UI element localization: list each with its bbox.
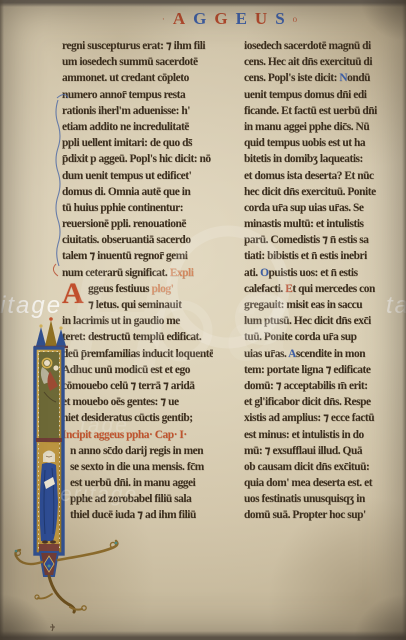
ink-mark xyxy=(50,624,55,631)
book-title-letters: AGGEUS xyxy=(173,9,286,29)
page-heading: · AGGEUS o xyxy=(150,6,310,32)
manuscript-line: etiam addito ne incredulitatē xyxy=(62,119,213,135)
text-segment: dum uenit tempus ut edificet' xyxy=(62,170,191,182)
text-segment: plog' xyxy=(152,283,174,295)
manuscript-line: cōmouebo celū ⁊ terrā ⁊ aridā xyxy=(62,378,213,394)
manuscript-line: ob causam dicit dn̄s exc̄ituū: xyxy=(244,459,399,475)
text-segment: niet desideratus cūctis gentib; xyxy=(62,412,193,424)
text-segment: uenit tempus domus dn̄i edi xyxy=(244,89,367,101)
text-segment: domus di. Omnia autē que in xyxy=(62,186,190,198)
manuscript-line: cens. Hec ait dn̄s exercituū di xyxy=(244,54,399,70)
manuscript-line: tū huius pphie continentur: xyxy=(62,200,213,216)
manuscript-line: lum ptusū. Hec dicit dn̄s exc̄i xyxy=(244,313,399,329)
watermark-text-left: ritage xyxy=(0,292,62,320)
text-segment: Adhuc unū modicū est et ego xyxy=(62,364,190,376)
text-segment: regni suscepturus erat: ⁊ ihm fili xyxy=(62,40,205,52)
manuscript-line: tuū. Ponite corda ur̄a sup xyxy=(244,329,399,345)
manuscript-line: reuersionē ppli. renouationē xyxy=(62,216,213,232)
text-segment: est uerbū dn̄i. in manu aggei xyxy=(70,477,195,489)
text-segment: ob causam dicit dn̄s exc̄ituū: xyxy=(244,461,369,473)
text-segment: in lacrimis ut in gaudio me xyxy=(62,315,180,327)
text-segment: cens. Hec ait dn̄s exercituū di xyxy=(244,56,372,68)
manuscript-line: in lacrimis ut in gaudio me xyxy=(62,313,213,329)
text-segment: domū suā. Propter hoc sup' xyxy=(244,509,366,521)
text-segment: quid tempus uobis est ut ha xyxy=(244,137,365,149)
text-segment: in manu aggei pphe dic̄s. Nū xyxy=(244,121,369,133)
manuscript-line: bitetis in domibʒ laqueatis: xyxy=(244,151,399,167)
manuscript-line: talem ⁊ inuentū regnor̄ gemi xyxy=(62,248,213,264)
text-segment: uias ur̄as. xyxy=(244,348,288,360)
text-segment: bitetis in domibʒ laqueatis: xyxy=(244,153,363,165)
text-segment: Expli xyxy=(170,267,194,279)
angel-scene xyxy=(39,352,59,440)
manuscript-line: dum uenit tempus ut edificet' xyxy=(62,168,213,184)
manuscript-line: domus di. Omnia autē que in xyxy=(62,184,213,200)
manuscript-line: Adhuc unū modicū est et ego xyxy=(62,362,213,378)
text-segment: ⁊ letus. qui seminauit xyxy=(88,299,181,311)
header-ornament-right: o xyxy=(293,14,299,24)
text-segment: quia dom' mea deserta est. et xyxy=(244,477,372,489)
manuscript-line: domū: ⁊ acceptabilis m̄ erit: xyxy=(244,378,399,394)
book-title-letter: S xyxy=(275,9,285,29)
book-title-letter: G xyxy=(193,9,207,29)
manuscript-line: rationis iherl'm aduenisse: h' xyxy=(62,103,213,119)
text-segment: xistis ad amplius: ⁊ ecce factū xyxy=(244,412,374,424)
text-segment: tū huius pphie continentur: xyxy=(62,202,183,214)
text-segment: tem: portate ligna ⁊ edificate xyxy=(244,364,370,376)
manuscript-line: ficande. Et factū est uerbū dn̄i xyxy=(244,103,399,119)
text-segment: tiati: bibistis et n̄ estis inebri xyxy=(244,250,367,262)
photo-edge-left xyxy=(0,0,4,640)
text-segment: et domus ista deserta? Et nūc xyxy=(244,170,374,182)
manuscript-line: pphe ad zorobabel filiū sala xyxy=(62,491,213,507)
text-segment: hec dicit dn̄s exercituū. Ponite xyxy=(244,186,376,198)
text-segment: Incipit aggeus ppha· Cap· I· xyxy=(62,429,187,441)
manuscript-line: n anno sc̄do darij regis in men xyxy=(62,443,213,459)
text-segment: calefacti. xyxy=(244,283,285,295)
text-segment: scendite in mon xyxy=(296,348,365,360)
manuscript-line: corda ur̄a sup uias ur̄as. Se xyxy=(244,200,399,216)
text-segment: ondū xyxy=(347,72,370,84)
manuscript-line: xistis ad amplius: ⁊ ecce factū xyxy=(244,410,399,426)
manuscript-line: p̄dixit p aggeū. Popl's hic dicit: nō xyxy=(62,151,213,167)
pen-flourish-tail xyxy=(15,541,118,612)
manuscript-line: ppli uellent imitari: de quo ds̄ xyxy=(62,135,213,151)
text-segment: lum ptusū. Hec dicit dn̄s exc̄i xyxy=(244,315,371,327)
manuscript-line: ati. Opuistis uos: et n̄ estis xyxy=(244,265,399,281)
manuscript-line: quia dom' mea deserta est. et xyxy=(244,475,399,491)
illuminated-initial-i xyxy=(35,348,63,554)
text-segment: thiel ducē iuda ⁊ ad ihm filiū xyxy=(70,509,196,521)
text-segment: gregauit: misit eas in saccu xyxy=(244,299,362,311)
text-segment: deū p̄remfamilias inducit loquentē xyxy=(62,348,213,360)
text-segment: parū. Comedistis ⁊ n̄ estis sa xyxy=(244,234,368,246)
text-segment: O xyxy=(260,267,268,279)
text-segment: ciuitatis. obseruantiā sacerdo xyxy=(62,234,191,246)
manuscript-line: in manu aggei pphe dic̄s. Nū xyxy=(244,119,399,135)
manuscript-line: tiati: bibistis et n̄ estis inebri xyxy=(244,248,399,264)
manuscript-line: minastis multū: et intulistis xyxy=(244,216,399,232)
manuscript-page: · AGGEUS o regni suscepturus erat: ⁊ ihm… xyxy=(0,0,406,640)
text-segment: uos festinatis unusquisqʒ in xyxy=(244,493,365,505)
text-segment: domū: ⁊ acceptabilis m̄ erit: xyxy=(244,380,368,392)
manuscript-line: est uerbū dn̄i. in manu aggei xyxy=(62,475,213,491)
text-segment: p̄dixit p aggeū. Popl's hic dicit: nō xyxy=(62,153,211,165)
text-segment: A xyxy=(288,348,296,360)
text-segment: reuersionē ppli. renouationē xyxy=(62,218,186,230)
manuscript-line: hec dicit dn̄s exercituū. Ponite xyxy=(244,184,399,200)
manuscript-line: et gl'ificabor dicit dn̄s. Respe xyxy=(244,394,399,410)
manuscript-line: uias ur̄as. Ascendite in mon xyxy=(244,346,399,362)
text-segment: corda ur̄a sup uias ur̄as. Se xyxy=(244,202,364,214)
manuscript-line: mū: ⁊ exsufflaui illud. Quā xyxy=(244,443,399,459)
text-column-right: iosedech sacerdotē magnū dicens. Hec ait… xyxy=(244,38,399,524)
text-segment: rationis iherl'm aduenisse: h' xyxy=(62,105,190,117)
text-segment: iosedech sacerdotē magnū di xyxy=(244,40,371,52)
text-segment: tuū. Ponite corda ur̄a sup xyxy=(244,331,356,343)
manuscript-line: tem: portate ligna ⁊ edificate xyxy=(244,362,399,378)
prophet-figure xyxy=(39,443,59,552)
text-segment: mū: ⁊ exsufflaui illud. Quā xyxy=(244,445,362,457)
manuscript-line: quid tempus uobis est ut ha xyxy=(244,135,399,151)
manuscript-line: est minus: et intulistis in do xyxy=(244,427,399,443)
text-segment: teret: destructū templū edificat. xyxy=(62,331,201,343)
manuscript-line: uenit tempus domus dn̄i edi xyxy=(244,87,399,103)
photo-edge-right xyxy=(402,0,406,640)
text-segment: est minus: et intulistis in do xyxy=(244,429,364,441)
manuscript-line: thiel ducē iuda ⁊ ad ihm filiū xyxy=(62,507,213,523)
text-segment: um iosedech summū sacerdotē xyxy=(62,56,198,68)
text-segment: puistis uos: et n̄ estis xyxy=(269,267,358,279)
book-title-letter: U xyxy=(255,9,268,29)
book-title-letter: E xyxy=(236,9,248,29)
text-segment: numero annor̄ tempus resta xyxy=(62,89,185,101)
manuscript-line: iosedech sacerdotē magnū di xyxy=(244,38,399,54)
manuscript-line: domū suā. Propter hoc sup' xyxy=(244,507,399,523)
book-title-letter: G xyxy=(214,9,228,29)
text-segment: talem ⁊ inuentū regnor̄ gemi xyxy=(62,250,188,262)
manuscript-line: teret: destructū templū edificat. xyxy=(62,329,213,345)
manuscript-line: et domus ista deserta? Et nūc xyxy=(244,168,399,184)
text-segment: pphe ad zorobabel filiū sala xyxy=(70,493,191,505)
header-ornament-left: · xyxy=(162,14,166,24)
text-segment: ficande. Et factū est uerbū dn̄i xyxy=(244,105,377,117)
manuscript-line: ciuitatis. obseruantiā sacerdo xyxy=(62,232,213,248)
text-segment: ati. xyxy=(244,267,260,279)
manuscript-line: gregauit: misit eas in saccu xyxy=(244,297,399,313)
manuscript-line: ammonet. ut credant cōpleto xyxy=(62,70,213,86)
text-segment: se sexto in die una mensis. fc̄m xyxy=(70,461,204,473)
manuscript-line: et mouebo oēs gentes: ⁊ ue xyxy=(62,394,213,410)
text-segment: minastis multū: et intulistis xyxy=(244,218,364,230)
text-segment: t qui mercedes con xyxy=(292,283,375,295)
text-segment: ppli uellent imitari: de quo ds̄ xyxy=(62,137,192,149)
manuscript-line: numero annor̄ tempus resta xyxy=(62,87,213,103)
manuscript-line: niet desideratus cūctis gentib; xyxy=(62,410,213,426)
manuscript-line: calefacti. Et qui mercedes con xyxy=(244,281,399,297)
manuscript-line: um iosedech summū sacerdotē xyxy=(62,54,213,70)
photo-edge-bottom xyxy=(0,631,406,640)
manuscript-line: cens. Popl's iste dicit: Nondū xyxy=(244,70,399,86)
text-segment: cens. Popl's iste dicit: xyxy=(244,72,339,84)
text-segment: et gl'ificabor dicit dn̄s. Respe xyxy=(244,396,371,408)
lombard-initial-a: A xyxy=(62,277,86,310)
text-segment: N xyxy=(339,72,347,84)
text-segment: ammonet. ut credant cōpleto xyxy=(62,72,189,84)
text-segment: etiam addito ne incredulitatē xyxy=(62,121,189,133)
manuscript-line: regni suscepturus erat: ⁊ ihm fili xyxy=(62,38,213,54)
manuscript-line: parū. Comedistis ⁊ n̄ estis sa xyxy=(244,232,399,248)
text-segment: et mouebo oēs gentes: ⁊ ue xyxy=(62,396,179,408)
manuscript-line: deū p̄remfamilias inducit loquentē xyxy=(62,346,213,362)
manuscript-line: uos festinatis unusquisqʒ in xyxy=(244,491,399,507)
text-segment: cōmouebo celū ⁊ terrā ⁊ aridā xyxy=(62,380,194,392)
book-title-letter: A xyxy=(173,9,186,29)
manuscript-line: Incipit aggeus ppha· Cap· I· xyxy=(62,427,213,443)
text-segment: ggeus festiuus xyxy=(88,283,152,295)
text-segment: n anno sc̄do darij regis in men xyxy=(70,445,203,457)
manuscript-line: se sexto in die una mensis. fc̄m xyxy=(62,459,213,475)
